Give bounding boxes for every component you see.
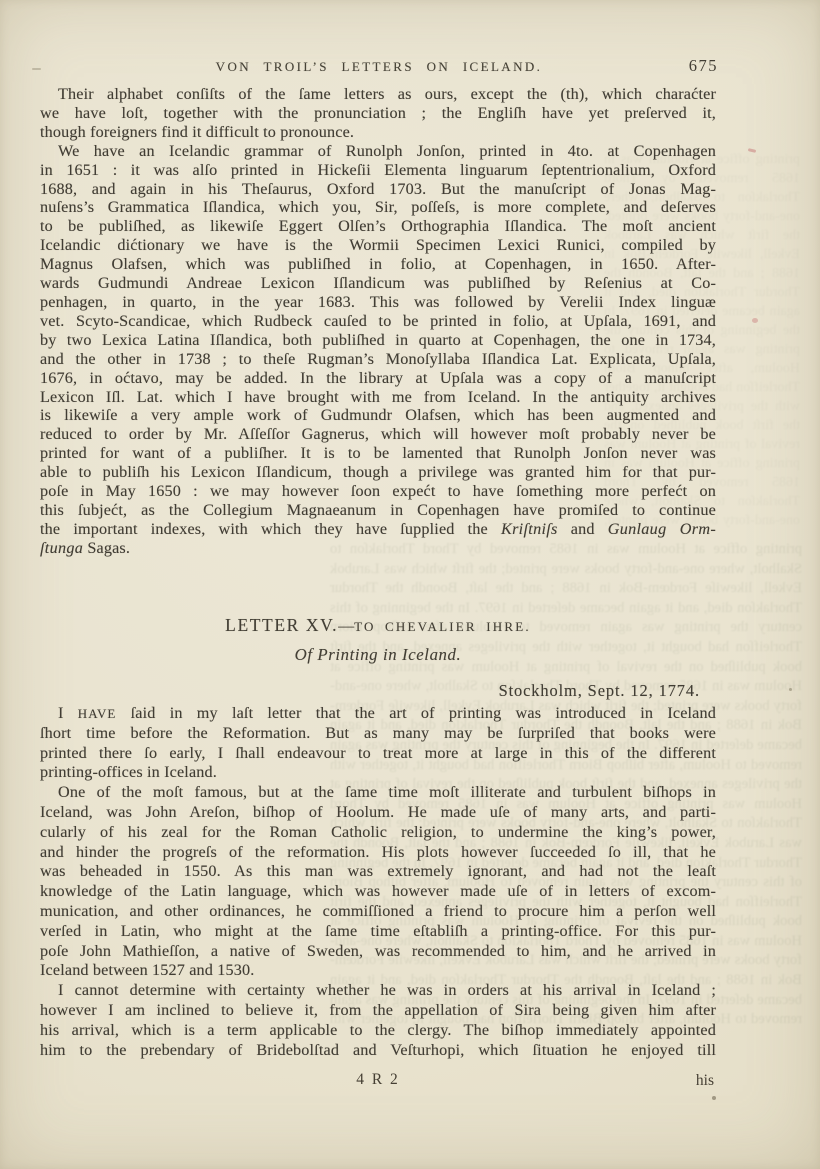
text-line: Magnus Olafsen, which was publiſhed in f… — [40, 255, 716, 274]
text-line: him to the prebendary of Bridebolſtad an… — [40, 1041, 716, 1061]
letter-heading-addressee: TO CHEVALIER IHRE. — [354, 619, 531, 634]
text-line: Their alphabet conſiſts of the ſame lett… — [40, 85, 716, 104]
running-header-title: VON TROIL’S LETTERS ON ICELAND. — [216, 59, 543, 74]
paragraph: I HAVE ſaid in my laſt letter that the a… — [40, 704, 716, 783]
text-line: Iceland, was John Areſon, biſhop of Hool… — [40, 803, 716, 823]
text-line: to be publiſhed, as likewiſe Eggert Olſe… — [40, 217, 716, 236]
text-line: verſed in Latin, who might at the ſame t… — [40, 922, 716, 942]
text-line: poſe in May 1650 : we may however ſoon e… — [40, 482, 716, 501]
paragraph: I cannot determine with certainty whethe… — [40, 981, 716, 1060]
text-line: nuſens’s Grammatica Iſlandica, which you… — [40, 198, 716, 217]
page-number: 675 — [689, 56, 718, 76]
text-line: cularly of his zeal for the Roman Cathol… — [40, 823, 716, 843]
text-line: printed there ſo early, I ſhall endeavou… — [40, 744, 716, 764]
letter-heading-dash: — — [338, 618, 354, 635]
paragraph: Their alphabet conſiſts of the ſame lett… — [40, 85, 716, 142]
text-line: knowledge of the Latin language, which w… — [40, 882, 716, 902]
book-page-scan: VON TROIL’S LETTERS ON ICELAND. 675 prin… — [0, 0, 820, 1169]
text-line: I cannot determine with certainty whethe… — [40, 981, 716, 1001]
text-line: however I am inclined to believe it, fro… — [40, 1001, 716, 1021]
paper-speck — [789, 688, 792, 691]
text-line: Icelandic dićtionary we have is the Worm… — [40, 236, 716, 255]
text-line: wards Gudmundi Andreae Lexicon Iſlandicu… — [40, 274, 716, 293]
signature-mark: 4 R 2 — [40, 1071, 716, 1089]
paper-speck — [752, 318, 758, 323]
main-text-block: Their alphabet conſiſts of the ſame lett… — [40, 85, 716, 558]
text-line: we have loſt, together with the pronunci… — [40, 104, 716, 123]
text-line: Iceland between 1527 and 1530. — [40, 961, 716, 981]
letter-heading: LETTER XV.—TO CHEVALIER IHRE. — [40, 615, 716, 636]
letter-dateline: Stockholm, Sept. 12, 1774. — [40, 681, 700, 701]
text-line: poſe John Mathieſſon, a native of Sweden… — [40, 942, 716, 962]
text-line: and the other in 1738 ; to theſe Rugman’… — [40, 350, 716, 369]
text-line: vet. Scyto-Scandicae, which Rudbeck cauſ… — [40, 312, 716, 331]
catchword: his — [696, 1072, 714, 1090]
text-line: I HAVE ſaid in my laſt letter that the a… — [40, 704, 716, 724]
paragraph: One of the moſt famous, but at the ſame … — [40, 783, 716, 981]
text-line: reduced to order by Mr. Aſſeſſor Gagneru… — [40, 425, 716, 444]
text-line: is likewiſe a very ample work of Gudmund… — [40, 406, 716, 425]
text-line: 1688, and again in his Theſaurus, Oxford… — [40, 180, 716, 199]
text-line: was beheaded in 1550. As this man was ex… — [40, 862, 716, 882]
paper-speck — [712, 1096, 716, 1100]
letter-subtitle: Of Printing in Iceland. — [40, 645, 716, 665]
text-line: the important indexes, with which they h… — [40, 520, 716, 539]
text-line: We have an Icelandic grammar of Runolph … — [40, 142, 716, 161]
text-line: penhagen, in quarto, in the year 1683. T… — [40, 293, 716, 312]
text-line: ſtunga Sagas. — [40, 539, 716, 558]
running-head: VON TROIL’S LETTERS ON ICELAND. 675 — [40, 58, 718, 80]
text-line: Lexicon Iſl. Lat. which I have brought w… — [40, 388, 716, 407]
text-line: munication, and other ordinances, he com… — [40, 902, 716, 922]
text-line: 1676, in oćtavo, may be added. In the li… — [40, 369, 716, 388]
text-line: printed for want of a publiſher. It is t… — [40, 444, 716, 463]
text-line: in 1651 : it was alſo printed in Hickeſi… — [40, 161, 716, 180]
paragraph: We have an Icelandic grammar of Runolph … — [40, 142, 716, 558]
paper-speck — [748, 148, 756, 153]
text-line: his arrival, which is a term applicable … — [40, 1021, 716, 1041]
text-line: printing-offices in Iceland. — [40, 763, 716, 783]
text-line: though foreigners find it difficult to p… — [40, 123, 716, 142]
letter-heading-number: LETTER XV. — [225, 615, 338, 635]
letter-text-block: I HAVE ſaid in my laſt letter that the a… — [40, 704, 716, 1060]
text-line: able to publiſh his Lexicon Iſlandicum, … — [40, 463, 716, 482]
text-line: this ſubjećt, as the Collegium Magnaeanu… — [40, 501, 716, 520]
text-line: One of the moſt famous, but at the ſame … — [40, 783, 716, 803]
page-footer: 4 R 2 his — [40, 1071, 716, 1091]
text-line: by two Lexica Latina Iſlandica, both pub… — [40, 331, 716, 350]
text-line: and hinder the progreſs of the reformati… — [40, 843, 716, 863]
text-line: ſhort time before the Reformation. But a… — [40, 724, 716, 744]
